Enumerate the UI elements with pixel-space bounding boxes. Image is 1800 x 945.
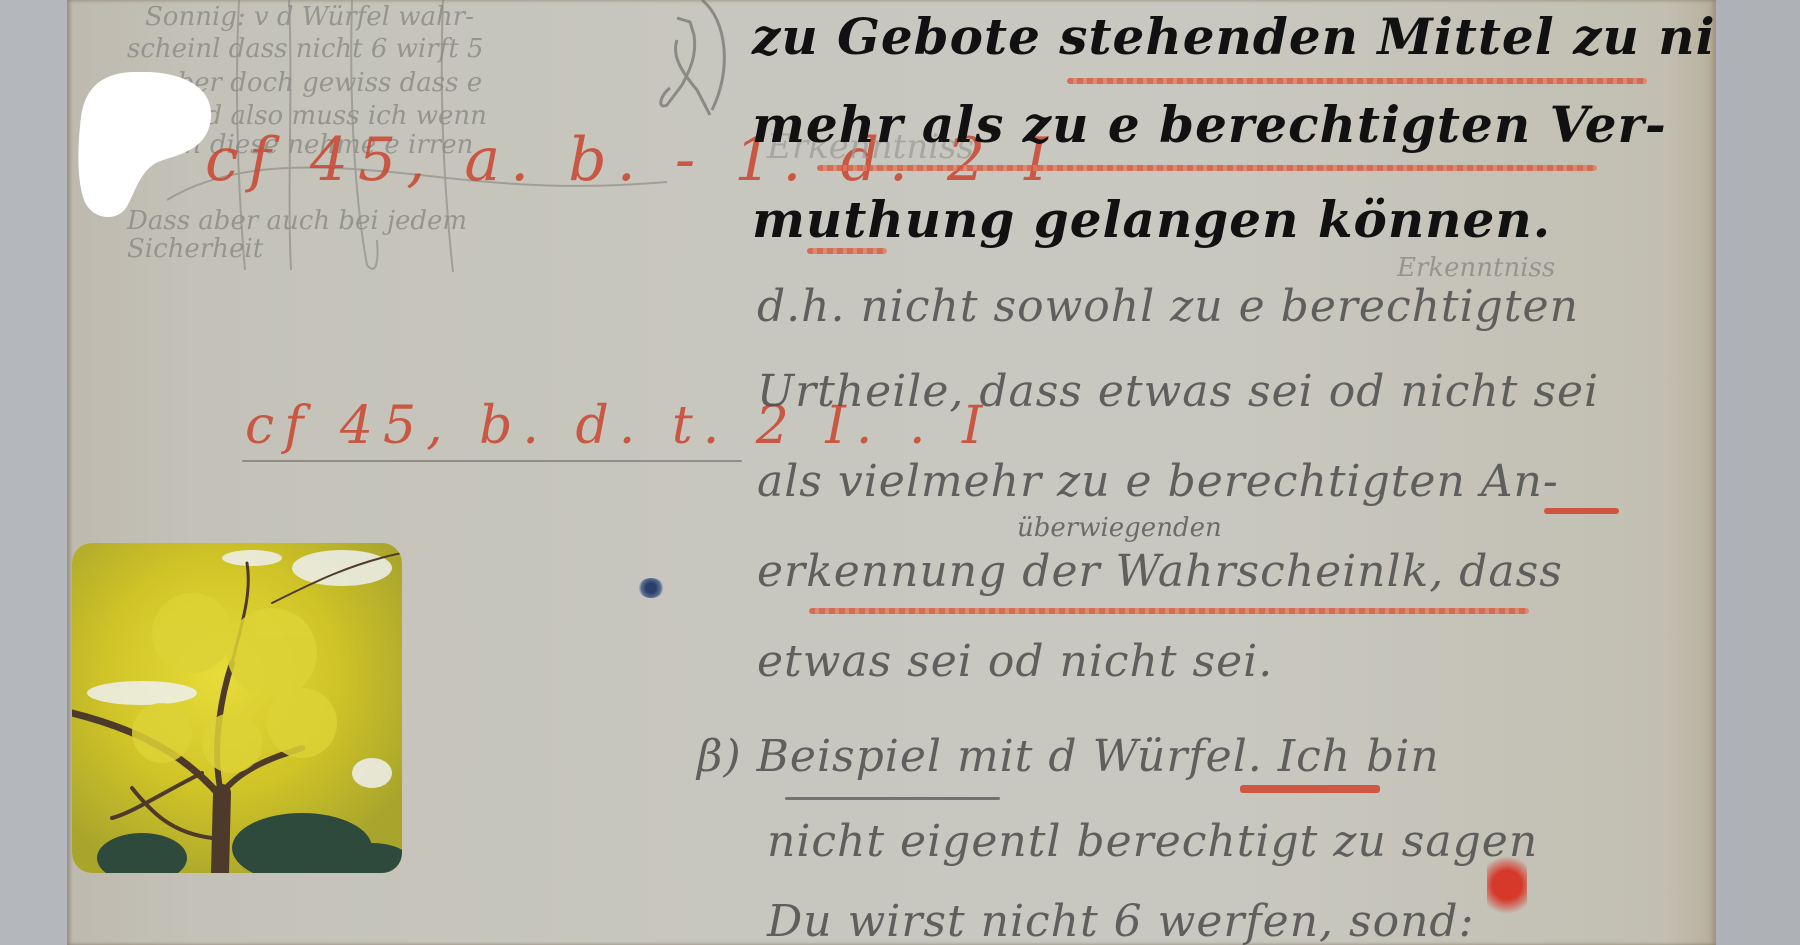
- red-crayon-mark: [1487, 855, 1527, 915]
- backdrop-left: [0, 0, 67, 945]
- pencil-stroke: [242, 460, 742, 462]
- ink-line: mehr als zu e berechtigten Ver-: [752, 100, 1667, 150]
- red-underline: [817, 165, 1597, 171]
- blue-ink-dot: [638, 578, 664, 598]
- pencil-line: erkennung der Wahrscheinlk, dass: [757, 550, 1563, 594]
- tree-photo: [72, 543, 402, 873]
- pencil-line: nicht eigentl berechtigt zu sagen: [767, 820, 1538, 864]
- pencil-insertion: überwiegenden: [1017, 515, 1222, 541]
- pencil-underline: [785, 797, 1000, 800]
- pencil-insertion: Erkenntniss: [1397, 255, 1555, 281]
- pencil-line: β) Beispiel mit d Würfel. Ich bin: [697, 735, 1440, 779]
- pencil-line: d.h. nicht sowohl zu e berechtigten: [757, 285, 1579, 329]
- red-underline: [1067, 78, 1647, 84]
- white-blob-logo-icon[interactable]: [78, 72, 213, 218]
- ink-line: muthung gelangen können.: [752, 195, 1551, 245]
- image-thumbnail[interactable]: [72, 543, 402, 873]
- red-underline: [807, 248, 887, 254]
- pencil-line: Du wirst nicht 6 werfen, sond:: [767, 900, 1474, 944]
- pencil-line: etwas sei od nicht sei.: [757, 640, 1273, 684]
- backdrop-right: [1716, 0, 1800, 945]
- pencil-line: als vielmehr zu e berechtigten An-: [757, 460, 1559, 504]
- pencil-line: Urtheile, dass etwas sei od nicht sei: [757, 370, 1599, 414]
- red-underline: [1240, 785, 1380, 793]
- pencil-sketch-icon: [642, 0, 742, 125]
- ink-line: zu Gebote stehenden Mittel zu nicht: [752, 12, 1716, 62]
- red-underline: [1544, 508, 1619, 514]
- red-underline: [809, 608, 1529, 614]
